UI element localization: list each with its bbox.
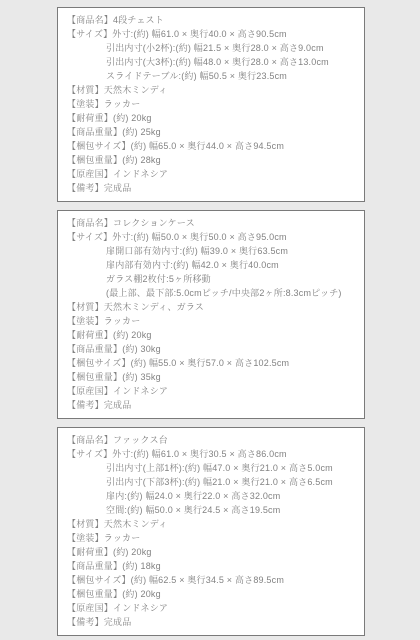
spec-line: 【サイズ】外寸:(約) 幅50.0 × 奥行50.0 × 高さ95.0cm [67,230,358,244]
spec-line: スライドテーブル:(約) 幅50.5 × 奥行23.5cm [67,69,358,83]
spec-line: 【備考】完成品 [67,615,358,629]
spec-line: 引出内寸(小2杯):(約) 幅21.5 × 奥行28.0 × 高さ9.0cm [67,41,358,55]
spec-line: 【梱包サイズ】(約) 幅65.0 × 奥行44.0 × 高さ94.5cm [67,139,358,153]
spec-line: 【耐荷重】(約) 20kg [67,328,358,342]
spec-line: 扉内:(約) 幅24.0 × 奥行22.0 × 高さ32.0cm [67,489,358,503]
spec-line: 【梱包サイズ】(約) 幅55.0 × 奥行57.0 × 高さ102.5cm [67,356,358,370]
spec-line: 【梱包重量】(約) 35kg [67,370,358,384]
spec-line: 【商品名】ファックス台 [67,433,358,447]
spec-line: 【商品名】コレクションケース [67,216,358,230]
spec-line: 【梱包重量】(約) 28kg [67,153,358,167]
spec-line: 【サイズ】外寸:(約) 幅61.0 × 奥行40.0 × 高さ90.5cm [67,27,358,41]
spec-line: 【塗装】ラッカー [67,314,358,328]
spec-line: (最上部、最下部:5.0cmピッチ/中央部2ヶ所:8.3cmピッチ) [67,286,358,300]
spec-line: 【塗装】ラッカー [67,97,358,111]
spec-line: 扉開口部有効内寸:(約) 幅39.0 × 奥行63.5cm [67,244,358,258]
spec-line: 【梱包サイズ】(約) 幅62.5 × 奥行34.5 × 高さ89.5cm [67,573,358,587]
spec-line: 【材質】天然木ミンディ [67,83,358,97]
spec-line: 空間:(約) 幅50.0 × 奥行24.5 × 高さ19.5cm [67,503,358,517]
spec-line: 引出内寸(大3杯):(約) 幅48.0 × 奥行28.0 × 高さ13.0cm [67,55,358,69]
spec-line: 【サイズ】外寸:(約) 幅61.0 × 奥行30.5 × 高さ86.0cm [67,447,358,461]
spec-line: 【備考】完成品 [67,398,358,412]
spec-line: 【耐荷重】(約) 20kg [67,545,358,559]
spec-line: 【梱包重量】(約) 20kg [67,587,358,601]
spec-line: 扉内部有効内寸:(約) 幅42.0 × 奥行40.0cm [67,258,358,272]
spec-line: 【商品重量】(約) 30kg [67,342,358,356]
spec-line: 【塗装】ラッカー [67,531,358,545]
product-spec-list: 【商品名】4段チェスト【サイズ】外寸:(約) 幅61.0 × 奥行40.0 × … [57,7,365,636]
spec-line: 【耐荷重】(約) 20kg [67,111,358,125]
spec-line: 【原産国】インドネシア [67,384,358,398]
spec-line: 【商品重量】(約) 25kg [67,125,358,139]
page: 【商品名】4段チェスト【サイズ】外寸:(約) 幅61.0 × 奥行40.0 × … [0,0,420,640]
spec-line: 【備考】完成品 [67,181,358,195]
spec-line: 【材質】天然木ミンディ、ガラス [67,300,358,314]
spec-line: 引出内寸(下部3杯):(約) 幅21.0 × 奥行21.0 × 高さ6.5cm [67,475,358,489]
spec-line: 【材質】天然木ミンディ [67,517,358,531]
spec-line: 【商品名】4段チェスト [67,13,358,27]
spec-line: 【商品重量】(約) 18kg [67,559,358,573]
product-spec-box-2: 【商品名】コレクションケース【サイズ】外寸:(約) 幅50.0 × 奥行50.0… [57,210,365,419]
spec-line: 【原産国】インドネシア [67,167,358,181]
product-spec-box-1: 【商品名】4段チェスト【サイズ】外寸:(約) 幅61.0 × 奥行40.0 × … [57,7,365,202]
spec-line: 【原産国】インドネシア [67,601,358,615]
spec-line: 引出内寸(上部1杯):(約) 幅47.0 × 奥行21.0 × 高さ5.0cm [67,461,358,475]
product-spec-box-3: 【商品名】ファックス台【サイズ】外寸:(約) 幅61.0 × 奥行30.5 × … [57,427,365,636]
spec-line: ガラス棚2枚付:5ヶ所移動 [67,272,358,286]
